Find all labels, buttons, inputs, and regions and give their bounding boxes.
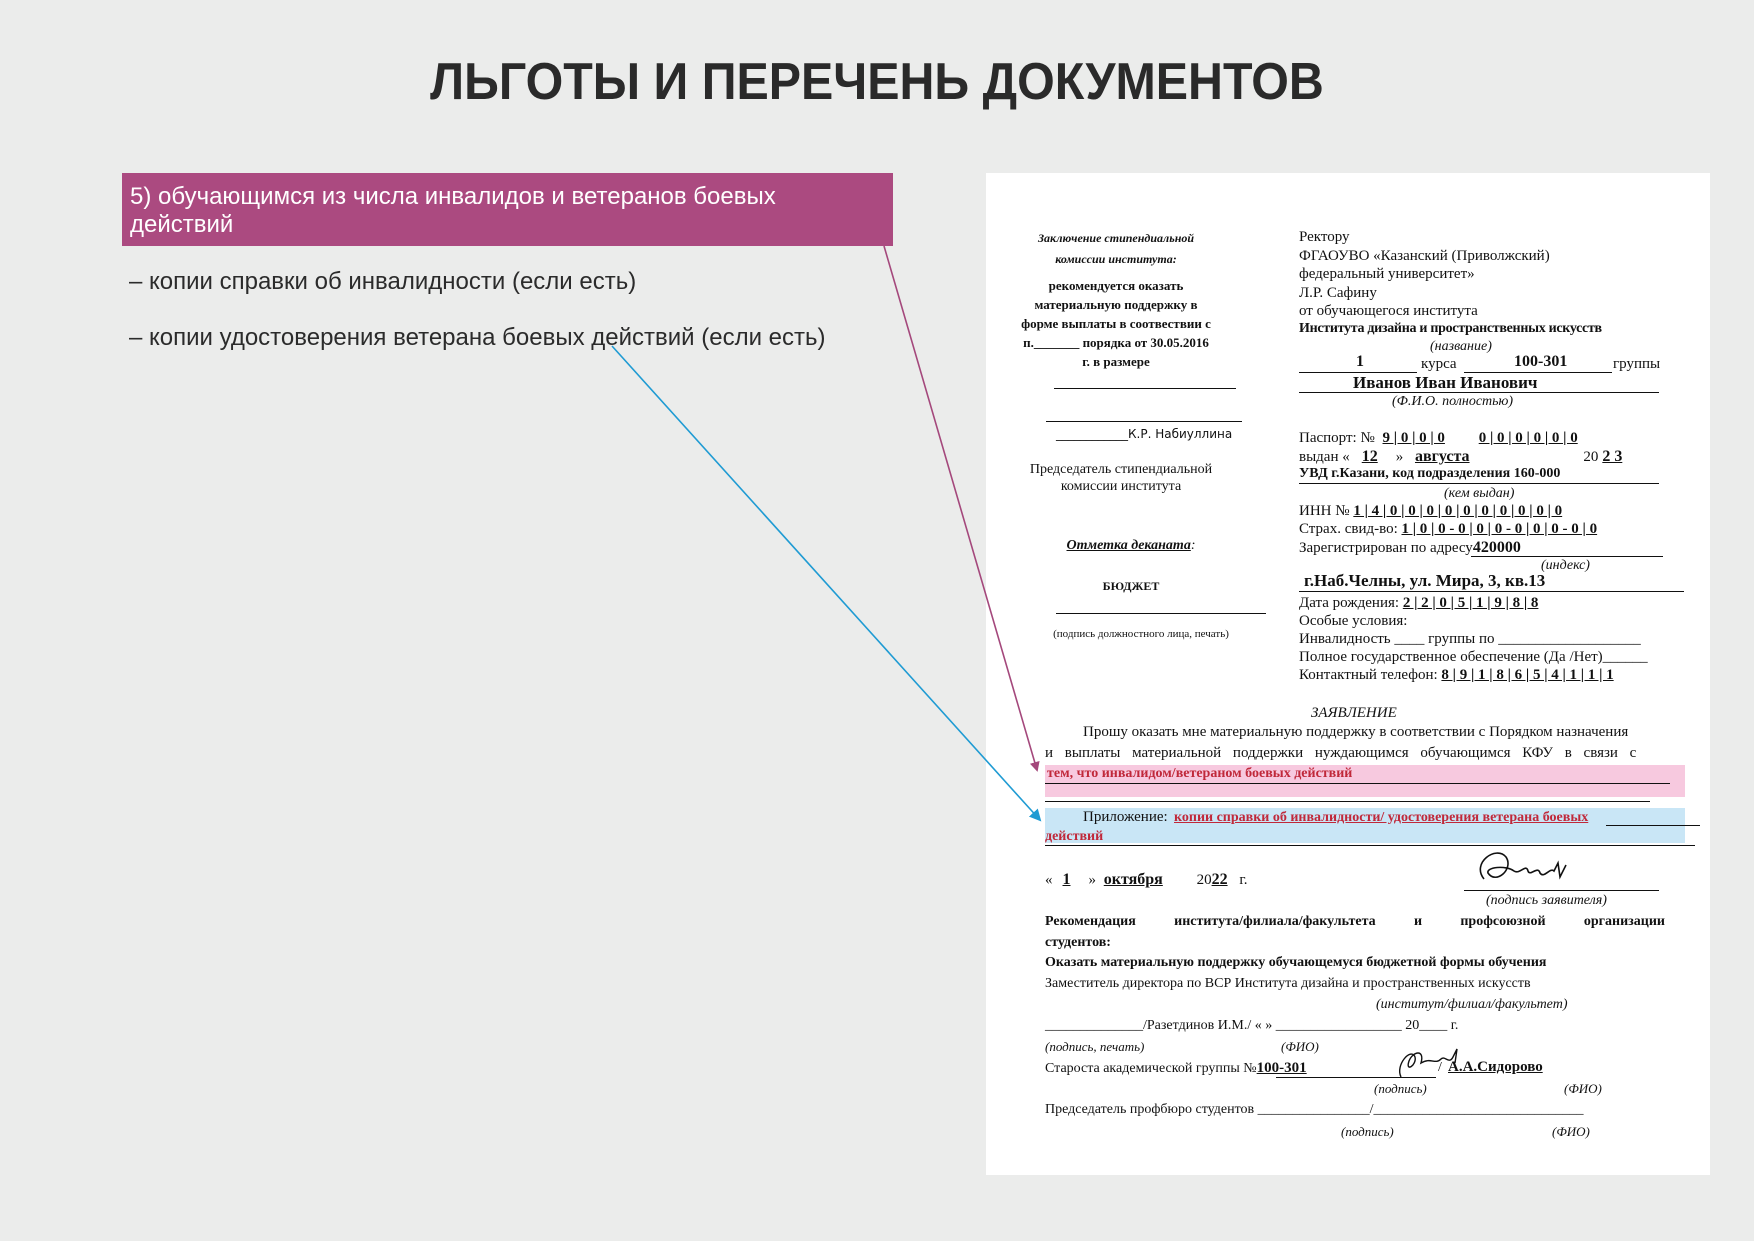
institute-name: Института дизайна и пространственных иск… [1299,321,1602,337]
statement-line-1: Прошу оказать мне материальную поддержку… [1083,724,1628,741]
application-form-image: Заключение стипендиальной комиссии инсти… [986,173,1710,1175]
state-support-row: Полное государственное обеспечение (Да /… [1299,649,1648,666]
statement-line-2: и выплаты материальной поддержки нуждающ… [1045,745,1636,762]
commission-chair: Председатель стипендиальной комиссии инс… [1026,461,1216,495]
attachment-value-1: копии справки об инвалидности/ удостовер… [1174,810,1588,826]
statement-title: ЗАЯВЛЕНИЕ [1311,705,1397,722]
union-chair-row: Председатель профбюро студентов ________… [1045,1102,1584,1118]
slide-title: ЛЬГОТЫ И ПЕРЕЧЕНЬ ДОКУМЕНТОВ [61,52,1692,112]
institute-hint: (название) [1430,339,1492,355]
document-item-disability-certificate: – копии справки об инвалидности (если ес… [129,268,636,296]
deputy-sign-hint: (подпись, печать) [1045,1039,1144,1055]
disability-row: Инвалидность ____ группы по ____________… [1299,631,1641,648]
address-row: Зарегистрирован по адресу420000 [1299,539,1521,557]
postcode-hint: (индекс) [1541,558,1590,574]
recommendation-title-2: студентов: [1045,935,1111,951]
headman-row: Староста академической группы №100-301 [1045,1060,1307,1077]
union-sign-hint: (подпись) [1341,1124,1394,1140]
headman-name: А.А.Сидорово [1448,1059,1593,1076]
inn-row: ИНН № 1 | 4 | 0 | 0 | 0 | 0 | 0 | 0 | 0 … [1299,503,1562,520]
snils-row: Страх. свид-во: 1 | 0 | 0 - 0 | 0 | 0 - … [1299,521,1597,538]
headman-sign-hint: (подпись) [1374,1081,1427,1097]
category-banner: 5) обучающимся из числа инвалидов и вете… [122,173,893,246]
document-item-veteran-certificate: – копии удостоверения ветерана боевых де… [129,324,826,352]
issued-by-hint: (кем выдан) [1444,486,1514,502]
recommendation-text: Оказать материальную поддержку обучающем… [1045,955,1546,971]
statement-date: «1» октября 2022 г. [1045,871,1248,889]
conclusion-text: рекомендуется оказать материальную подде… [1021,276,1211,371]
special-conditions: Особые условия: [1299,613,1407,630]
birth-row: Дата рождения: 2 | 2 | 0 | 5 | 1 | 9 | 8… [1299,595,1538,612]
dean-mark: Отметка деканата: [1026,538,1236,554]
budget-label: БЮДЖЕТ [1026,579,1236,594]
phone-row: Контактный телефон: 8 | 9 | 1 | 8 | 6 | … [1299,667,1614,684]
addressee: Ректору ФГАОУВО «Казанский (Приволжский)… [1299,228,1550,321]
applicant-sign-hint: (подпись заявителя) [1486,893,1607,909]
union-fio-hint: (ФИО) [1552,1124,1590,1140]
group-label: группы [1613,356,1660,373]
reason-value: тем, что инвалидом/ветераном боевых дейс… [1047,766,1352,782]
issued-row: выдан «12» августа 202 3 [1299,448,1622,466]
deputy-sign-line: ______________/Разетдинов И.М./ « » ____… [1045,1018,1458,1034]
attachment-label: Приложение: [1083,809,1168,826]
conclusion-title: Заключение стипендиальной комиссии инсти… [1026,231,1206,267]
arrow-document-to-attachment [612,346,1040,820]
group-value: 100-301 [1514,353,1567,371]
passport-row: Паспорт: № 9 | 0 | 0 | 0 0 | 0 | 0 | 0 |… [1299,430,1578,447]
deputy-fio-hint: (ФИО) [1281,1039,1319,1055]
headman-slash: / [1438,1060,1442,1076]
course-value: 1 [1356,353,1364,371]
course-label: курса [1421,356,1457,373]
deputy-director: Заместитель директора по ВСР Института д… [1045,976,1531,992]
full-name-hint: (Ф.И.О. полностью) [1392,394,1513,410]
headman-fio-hint: (ФИО) [1564,1081,1602,1097]
applicant-signature-icon [1466,843,1576,893]
deputy-hint: (институт/филиал/факультет) [1376,997,1567,1013]
address-value: г.Наб.Челны, ул. Мира, 3, кв.13 [1304,571,1545,591]
issued-by: УВД г.Казани, код подразделения 160-000 [1299,466,1560,482]
student-full-name: Иванов Иван Иванович [1353,373,1538,393]
attachment-value-2: действий [1045,829,1103,845]
recommendation-title: Рекомендация института/филиала/факультет… [1045,914,1665,930]
commission-signer: ____________К.Р. Набиуллина [1056,427,1232,441]
official-sign-hint: (подпись должностного лица, печать) [1026,628,1256,640]
